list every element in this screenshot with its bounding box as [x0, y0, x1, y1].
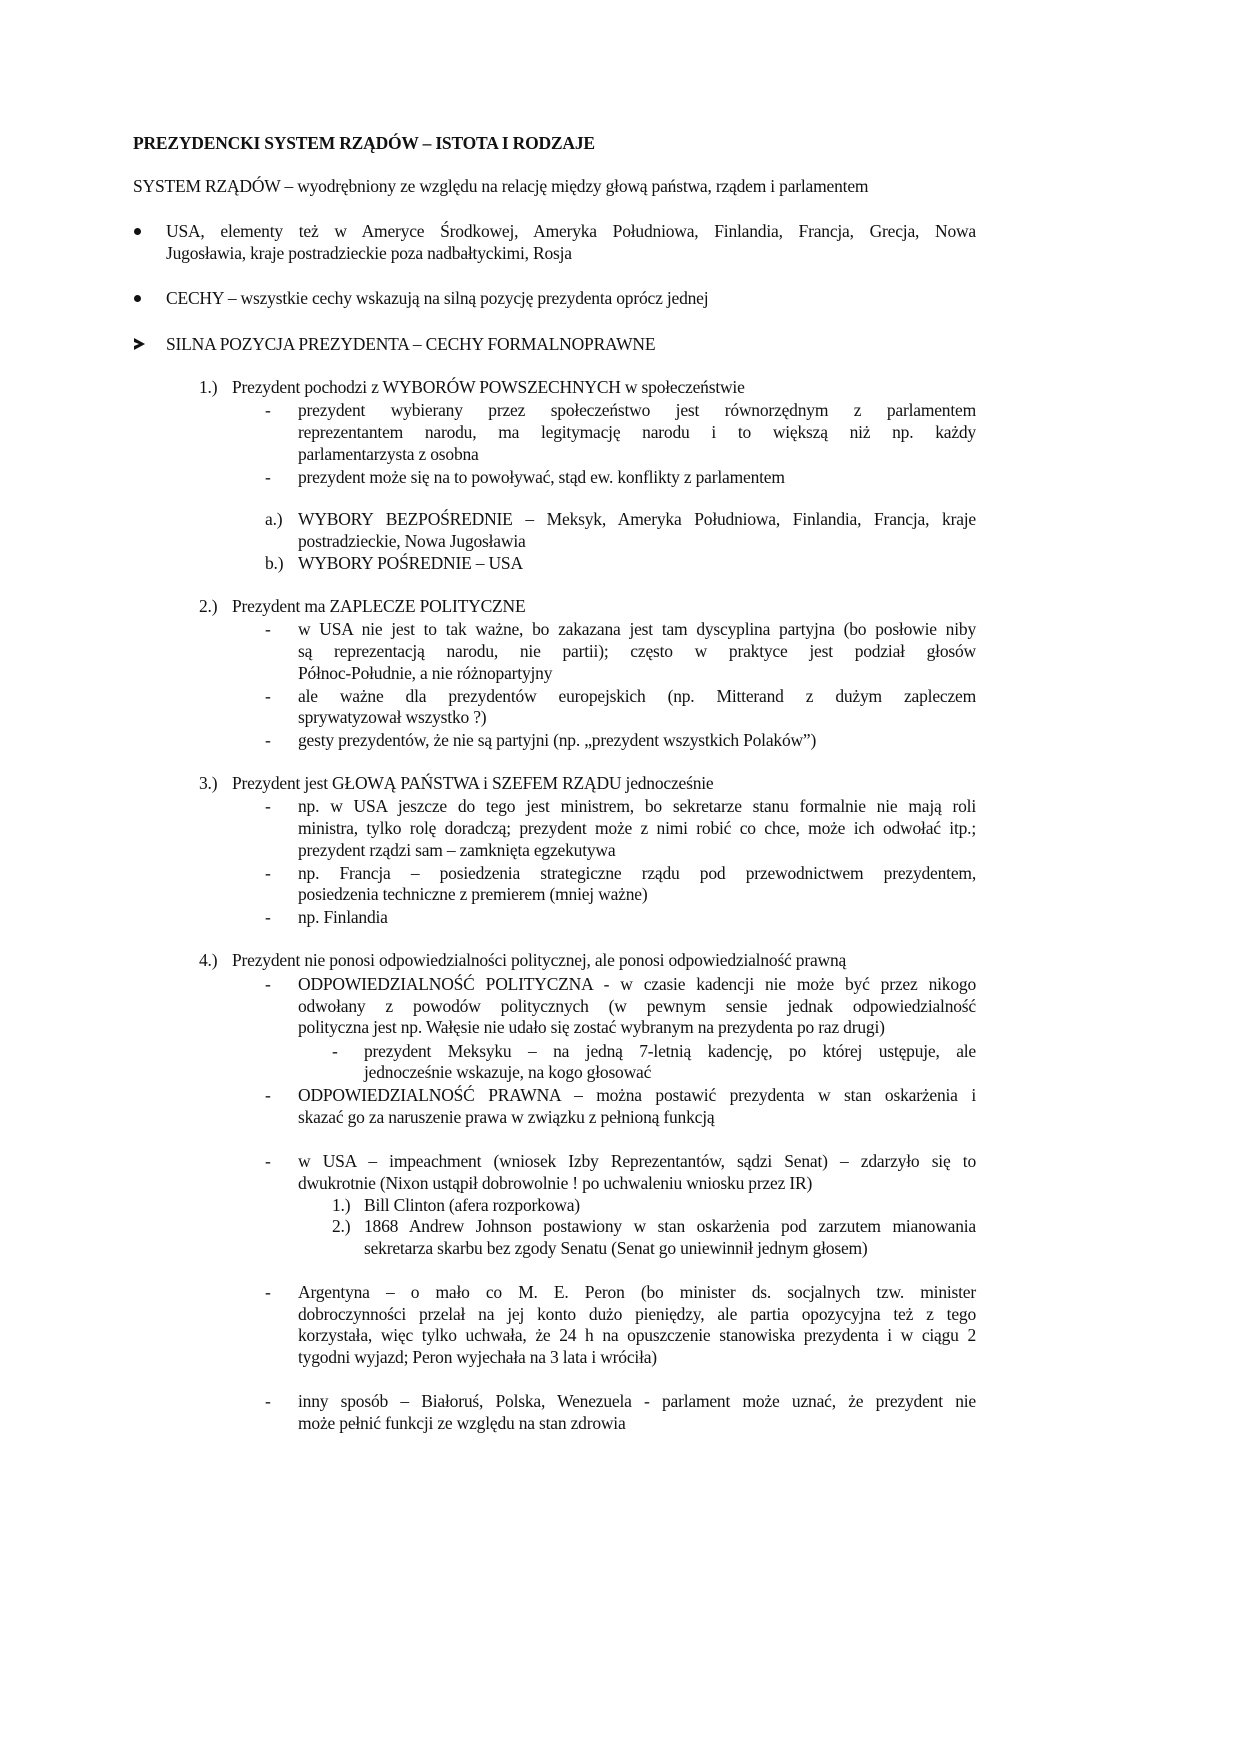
dash-icon: - — [265, 1150, 271, 1172]
dash-text-line: gesty prezydentów, że nie są partyjni (n… — [298, 729, 816, 751]
dash-text-line: parlamentarzysta z osobna — [298, 443, 479, 465]
sub-point-letter: b.) — [265, 552, 283, 574]
dash-icon: - — [265, 1281, 271, 1303]
dash-icon: - — [265, 729, 271, 751]
numbered-item-number: 1.) — [332, 1194, 350, 1216]
dash-text-line: np. Finlandia — [298, 906, 388, 928]
dash-text-line: Argentyna – o mało co M. E. Peron (bo mi… — [298, 1281, 976, 1303]
sub-point-text-line: WYBORY BEZPOŚREDNIE – Meksyk, Ameryka Po… — [298, 508, 976, 530]
bullet-icon — [134, 295, 141, 302]
dash-text-line: dobroczynności przelał na jej konto dużo… — [298, 1303, 976, 1325]
dash-text-line: reprezentantem narodu, ma legitymację na… — [298, 421, 976, 443]
dash-text-line: prezydent rządzi sam – zamknięta egzekut… — [298, 839, 615, 861]
dash-text-line: sprywatyzował wszystko ?) — [298, 706, 486, 728]
point-number: 2.) — [199, 595, 217, 617]
dash-icon: - — [265, 973, 271, 995]
numbered-item-text: sekretarza skarbu bez zgody Senatu (Sena… — [364, 1237, 868, 1259]
sub-point-letter: a.) — [265, 508, 282, 530]
numbered-item-text: 1868 Andrew Johnson postawiony w stan os… — [364, 1215, 976, 1237]
dash-text-line: ale ważne dla prezydentów europejskich (… — [298, 685, 976, 707]
section-heading: SILNA POZYCJA PREZYDENTA – CECHY FORMALN… — [166, 333, 655, 355]
bullet-text-line: CECHY – wszystkie cechy wskazują na siln… — [166, 287, 708, 309]
dash-text-line: w USA – impeachment (wniosek Izby Reprez… — [298, 1150, 976, 1172]
definition-paragraph: SYSTEM RZĄDÓW – wyodrębniony ze względu … — [133, 175, 868, 197]
bullet-text-line: USA, elementy też w Ameryce Środkowej, A… — [166, 220, 976, 242]
point-number: 3.) — [199, 772, 217, 794]
point-number: 4.) — [199, 949, 217, 971]
sub-dash-text-line: prezydent Meksyku – na jedną 7-letnią ka… — [364, 1040, 976, 1062]
dash-icon: - — [265, 399, 271, 421]
dash-text-line: korzystała, więc tylko uchwała, że 24 h … — [298, 1324, 976, 1346]
sub-point-text-line: WYBORY POŚREDNIE – USA — [298, 552, 523, 574]
dash-text-line: odwołany z powodów politycznych (w pewny… — [298, 995, 976, 1017]
dash-text-line: są reprezentacją narodu, nie partii); cz… — [298, 640, 976, 662]
dash-text-line: polityczna jest np. Wałęsie nie udało si… — [298, 1016, 885, 1038]
dash-icon: - — [265, 685, 271, 707]
bullet-text-line: Jugosławia, kraje postradzieckie poza na… — [166, 242, 572, 264]
dash-icon: - — [265, 618, 271, 640]
dash-text-line: w USA nie jest to tak ważne, bo zakazana… — [298, 618, 976, 640]
arrow-bullet-icon — [134, 338, 145, 350]
dash-text-line: inny sposób – Białoruś, Polska, Wenezuel… — [298, 1390, 976, 1412]
point-text: Prezydent jest GŁOWĄ PAŃSTWA i SZEFEM RZ… — [232, 772, 714, 794]
bullet-icon — [134, 228, 141, 235]
dash-icon: - — [332, 1040, 338, 1062]
dash-text-line: Północ-Południe, a nie różnopartyjny — [298, 662, 552, 684]
point-text: Prezydent pochodzi z WYBORÓW POWSZECHNYC… — [232, 376, 745, 398]
dash-icon: - — [265, 906, 271, 928]
dash-text-line: np. Francja – posiedzenia strategiczne r… — [298, 862, 976, 884]
dash-text-line: prezydent może się na to powoływać, stąd… — [298, 466, 785, 488]
numbered-item-number: 2.) — [332, 1215, 350, 1237]
dash-text-line: prezydent wybierany przez społeczeństwo … — [298, 399, 976, 421]
dash-text-line: ODPOWIEDZIALNOŚĆ POLITYCZNA - w czasie k… — [298, 973, 976, 995]
point-text: Prezydent ma ZAPLECZE POLITYCZNE — [232, 595, 525, 617]
dash-text-line: skazać go za naruszenie prawa w związku … — [298, 1106, 714, 1128]
dash-text-line: dwukrotnie (Nixon ustąpił dobrowolnie ! … — [298, 1172, 812, 1194]
numbered-item-text: Bill Clinton (afera rozporkowa) — [364, 1194, 580, 1216]
dash-icon: - — [265, 1390, 271, 1412]
dash-icon: - — [265, 862, 271, 884]
dash-icon: - — [265, 795, 271, 817]
dash-text-line: ministra, tylko rolę doradczą; prezydent… — [298, 817, 976, 839]
dash-text-line: ODPOWIEDZIALNOŚĆ PRAWNA – można postawić… — [298, 1084, 976, 1106]
dash-text-line: może pełnić funkcji ze względu na stan z… — [298, 1412, 626, 1434]
point-number: 1.) — [199, 376, 217, 398]
document-title: PREZYDENCKI SYSTEM RZĄDÓW – ISTOTA I ROD… — [133, 132, 595, 154]
dash-icon: - — [265, 466, 271, 488]
dash-icon: - — [265, 1084, 271, 1106]
dash-text-line: np. w USA jeszcze do tego jest ministrem… — [298, 795, 976, 817]
sub-point-text-line: postradzieckie, Nowa Jugosławia — [298, 530, 526, 552]
sub-dash-text-line: jednocześnie wskazuje, na kogo głosować — [364, 1061, 651, 1083]
dash-text-line: posiedzenia techniczne z premierem (mnie… — [298, 883, 647, 905]
dash-text-line: tygodni wyjazd; Peron wyjechała na 3 lat… — [298, 1346, 657, 1368]
document-page: PREZYDENCKI SYSTEM RZĄDÓW – ISTOTA I ROD… — [0, 0, 1240, 1754]
point-text: Prezydent nie ponosi odpowiedzialności p… — [232, 949, 846, 971]
